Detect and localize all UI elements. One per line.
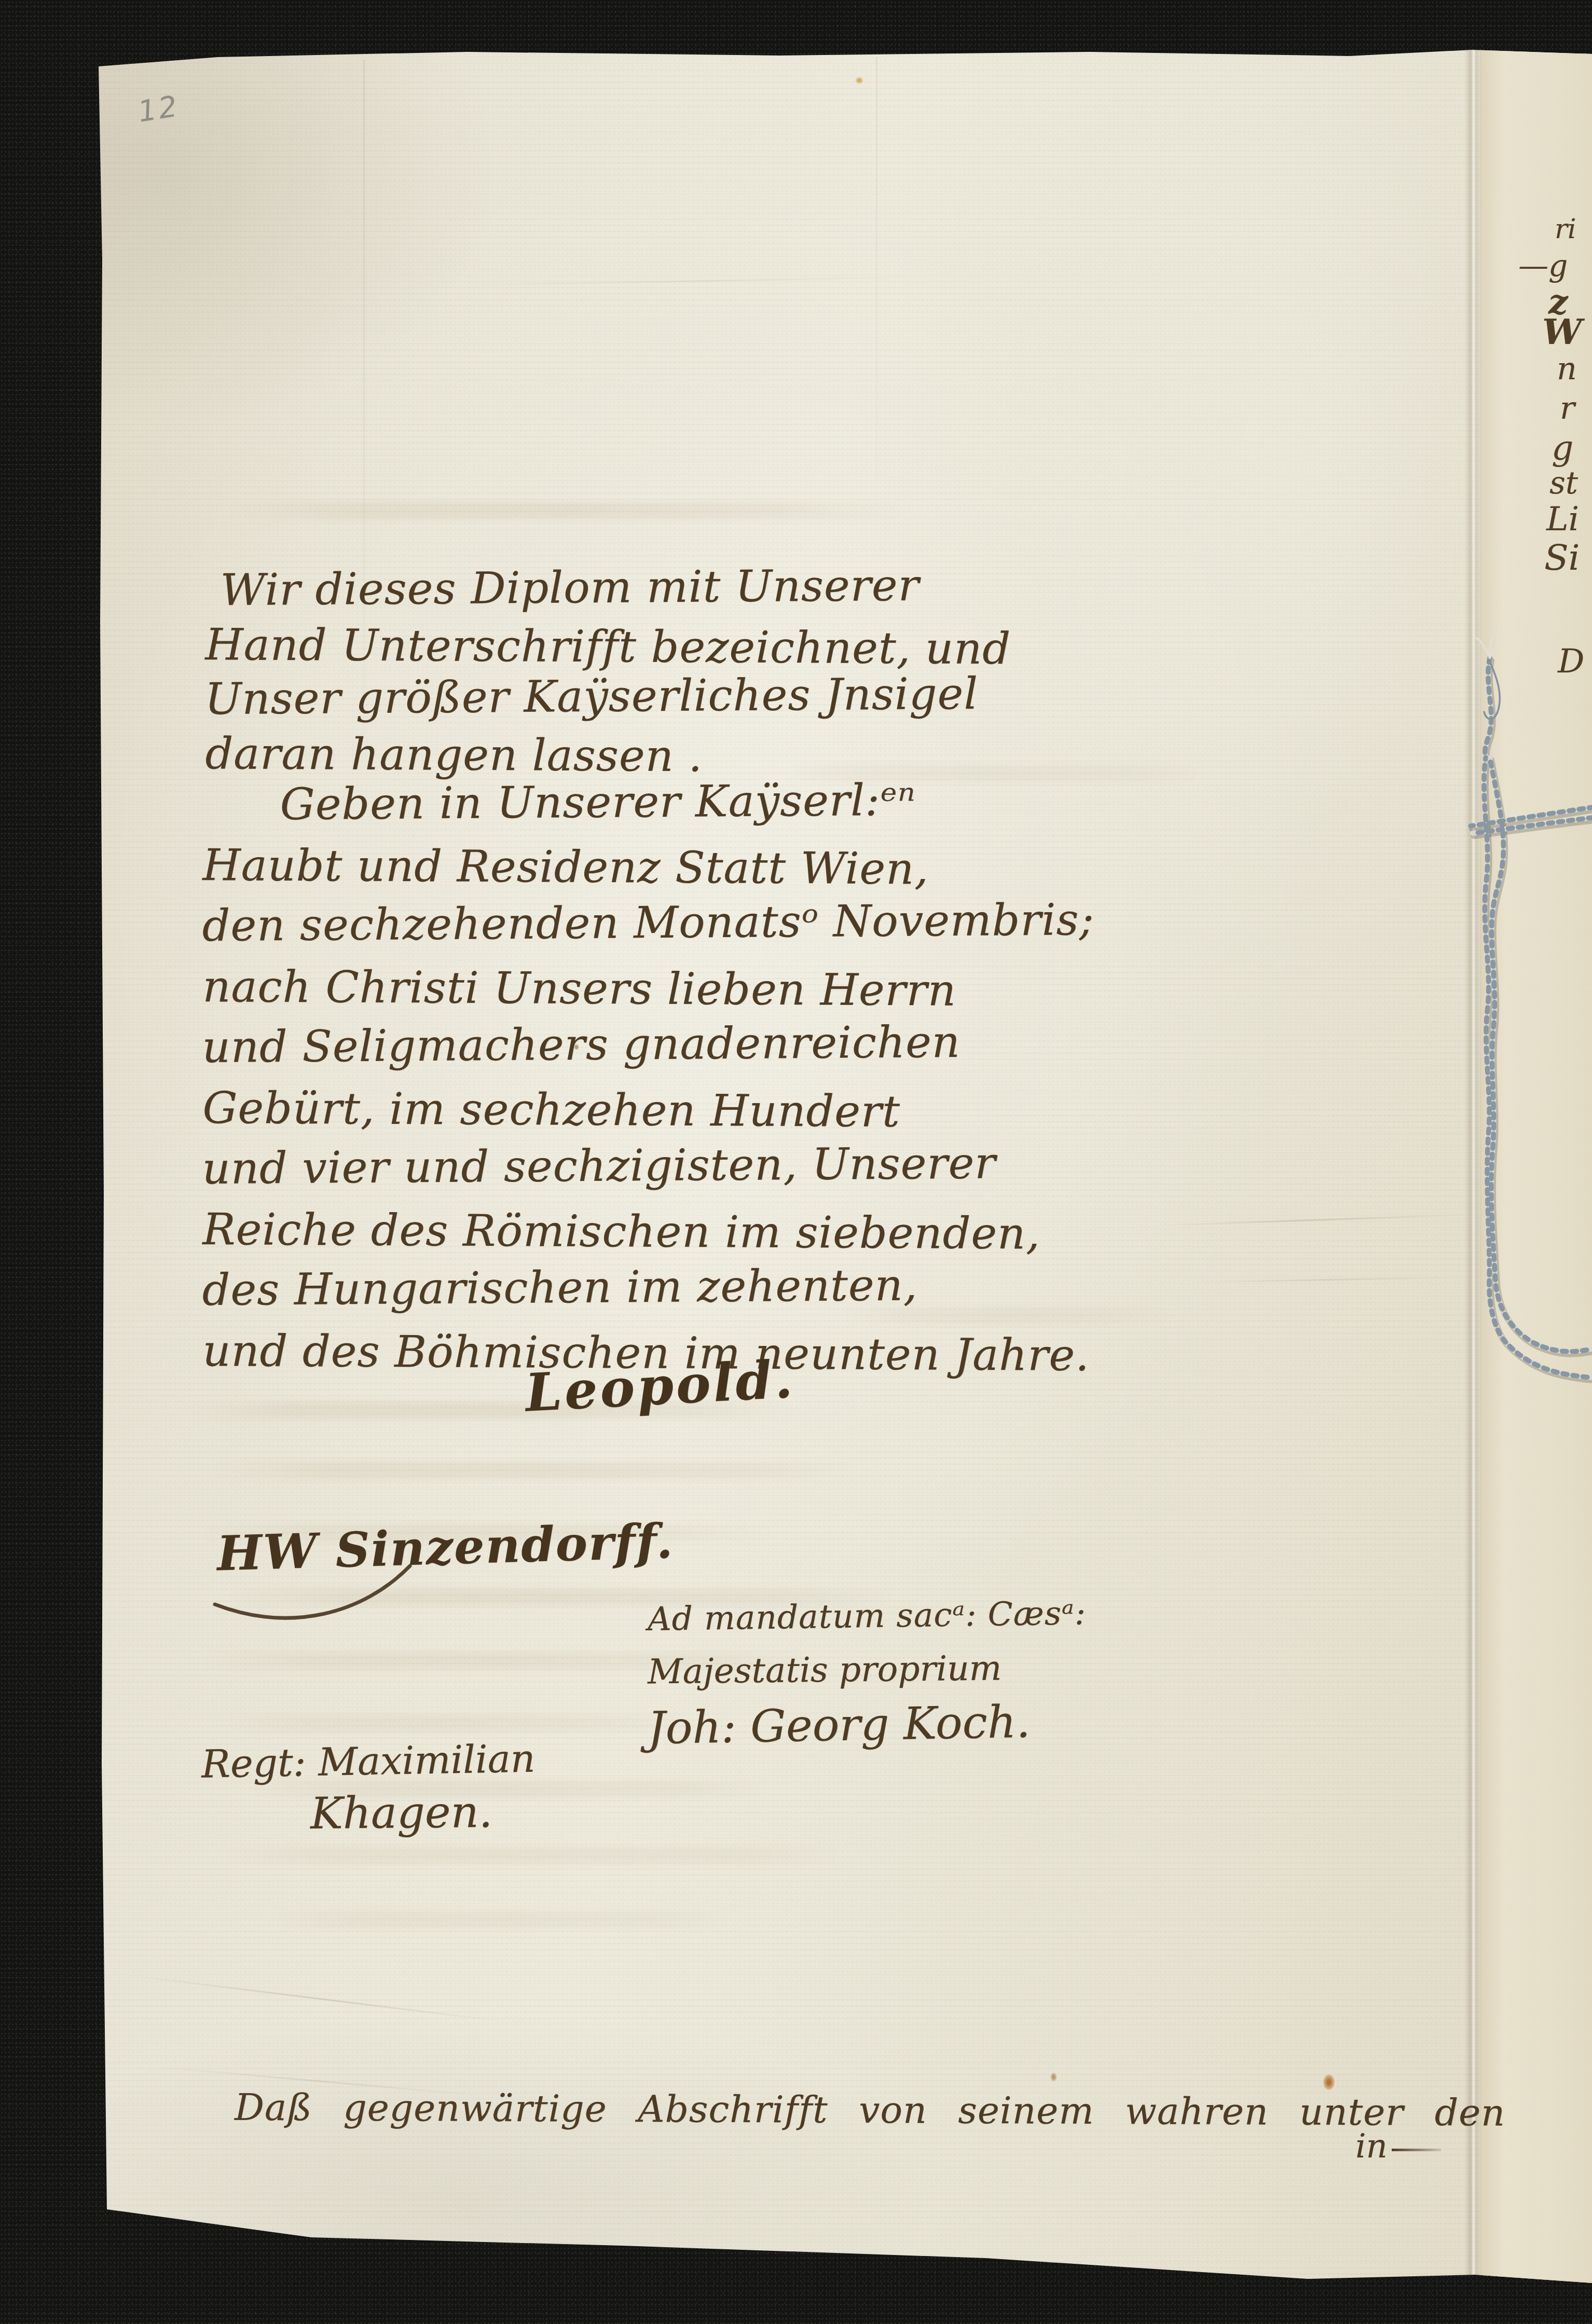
ink-showthrough xyxy=(270,1912,737,1928)
manuscript-line: des Hungarischen im zehenten, xyxy=(202,1254,1094,1321)
paragraph-datum: Geben in Unserer Kaÿserl:ᵉⁿ Haubt und Re… xyxy=(202,774,1094,1381)
manuscript-line: Majestatis proprium xyxy=(648,1647,1087,1692)
manuscript-line: den sechzehenden Monatsᵒ Novembris; xyxy=(202,889,1094,956)
manuscript-line: Unser größer Kaÿserliches Jnsigel xyxy=(204,666,1010,726)
manuscript-line: Regt: Maximilian xyxy=(201,1736,536,1786)
ink-showthrough xyxy=(223,1847,846,1864)
adjacent-page-text-fragment: —g xyxy=(1518,248,1568,283)
adjacent-page-text-fragment: Li xyxy=(1546,500,1579,539)
paragraph-closing: Wir dieses Diplom mit Unserer Hand Unter… xyxy=(205,563,1011,781)
page-fold-crease xyxy=(1464,48,1482,2287)
crease-line xyxy=(876,57,877,483)
manuscript-line: Wir dieses Diplom mit Unserer xyxy=(220,557,1010,617)
wrinkle-line xyxy=(1157,1214,1469,1227)
adjacent-page-text-fragment: r xyxy=(1560,390,1575,427)
adjacent-page-text-fragment: ri xyxy=(1555,214,1576,245)
adjacent-page-text-fragment: st xyxy=(1549,465,1578,501)
adjacent-page-text-fragment: n xyxy=(1557,351,1577,387)
adjacent-page-text-fragment: W xyxy=(1542,311,1582,353)
manuscript-line: und vier und sechzigisten, Unserer xyxy=(202,1132,1094,1199)
registratur-block: Regt: Maximilian Khagen. xyxy=(201,1739,535,1838)
manuscript-line: Ad mandatum sacᵃ: Cæsᵃ: xyxy=(648,1594,1087,1638)
stain-spot xyxy=(855,77,863,84)
wrinkle-line xyxy=(126,1974,507,2023)
adjacent-page-text-fragment: Si xyxy=(1544,538,1580,579)
photo-backdrop: 12 Wir dieses Diplom mit Unserer Hand Un… xyxy=(0,0,1592,2324)
stain-spot xyxy=(1323,2074,1335,2090)
wrinkle-line xyxy=(467,276,934,286)
manuscript-page: 12 Wir dieses Diplom mit Unserer Hand Un… xyxy=(0,0,1592,2324)
ink-showthrough xyxy=(223,1715,701,1731)
ink-showthrough xyxy=(223,502,908,519)
mandatum-block: Ad mandatum sacᵃ: Cæsᵃ: Majestatis propr… xyxy=(648,1597,1086,1751)
adjacent-page-text-fragment: g xyxy=(1552,428,1573,467)
catchword: in xyxy=(1355,2127,1441,2166)
signature-sinzendorff: HW Sinzendorff. xyxy=(216,1513,675,1582)
adjacent-page-text-fragment: D xyxy=(1558,642,1584,681)
folio-number-pencil: 12 xyxy=(135,89,181,129)
wrinkle-line xyxy=(1193,1276,1463,1283)
stain-spot xyxy=(1050,2072,1057,2082)
manuscript-line: und Seligmachers gnadenreichen xyxy=(202,1011,1094,1078)
manuscript-line: Khagen. xyxy=(310,1786,536,1839)
attestation-line: Daß gegenwärtige Abschrifft von seinem w… xyxy=(235,2086,1505,2135)
manuscript-line: Geben in Unserer Kaÿserl:ᵉⁿ xyxy=(280,768,1094,835)
manuscript-line: Joh: Georg Koch. xyxy=(647,1695,1087,1755)
ink-showthrough xyxy=(208,1462,861,1479)
